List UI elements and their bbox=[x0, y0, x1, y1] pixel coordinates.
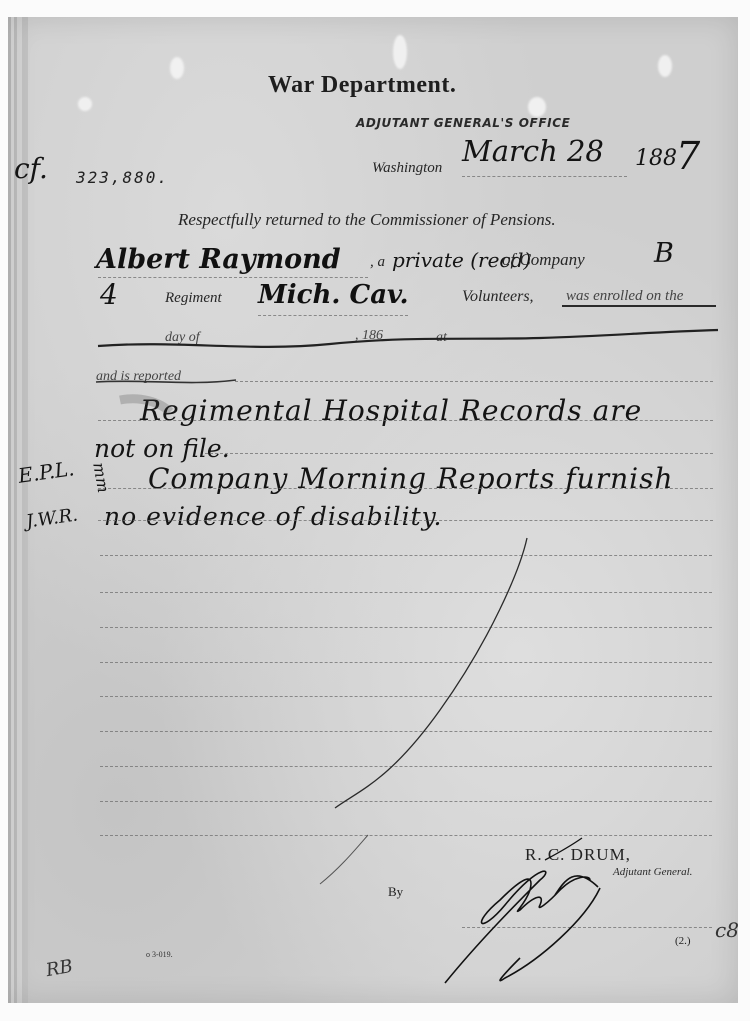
strikethrough-wavy-line bbox=[98, 330, 718, 347]
pencil-mark bbox=[320, 835, 368, 884]
signature-tail bbox=[545, 838, 582, 860]
strikethrough-reported bbox=[96, 380, 236, 383]
signature-scrawl bbox=[445, 871, 600, 983]
ink-smudge bbox=[120, 399, 170, 412]
pen-strokes bbox=[0, 0, 750, 1021]
cancel-diagonal-line bbox=[335, 538, 527, 808]
